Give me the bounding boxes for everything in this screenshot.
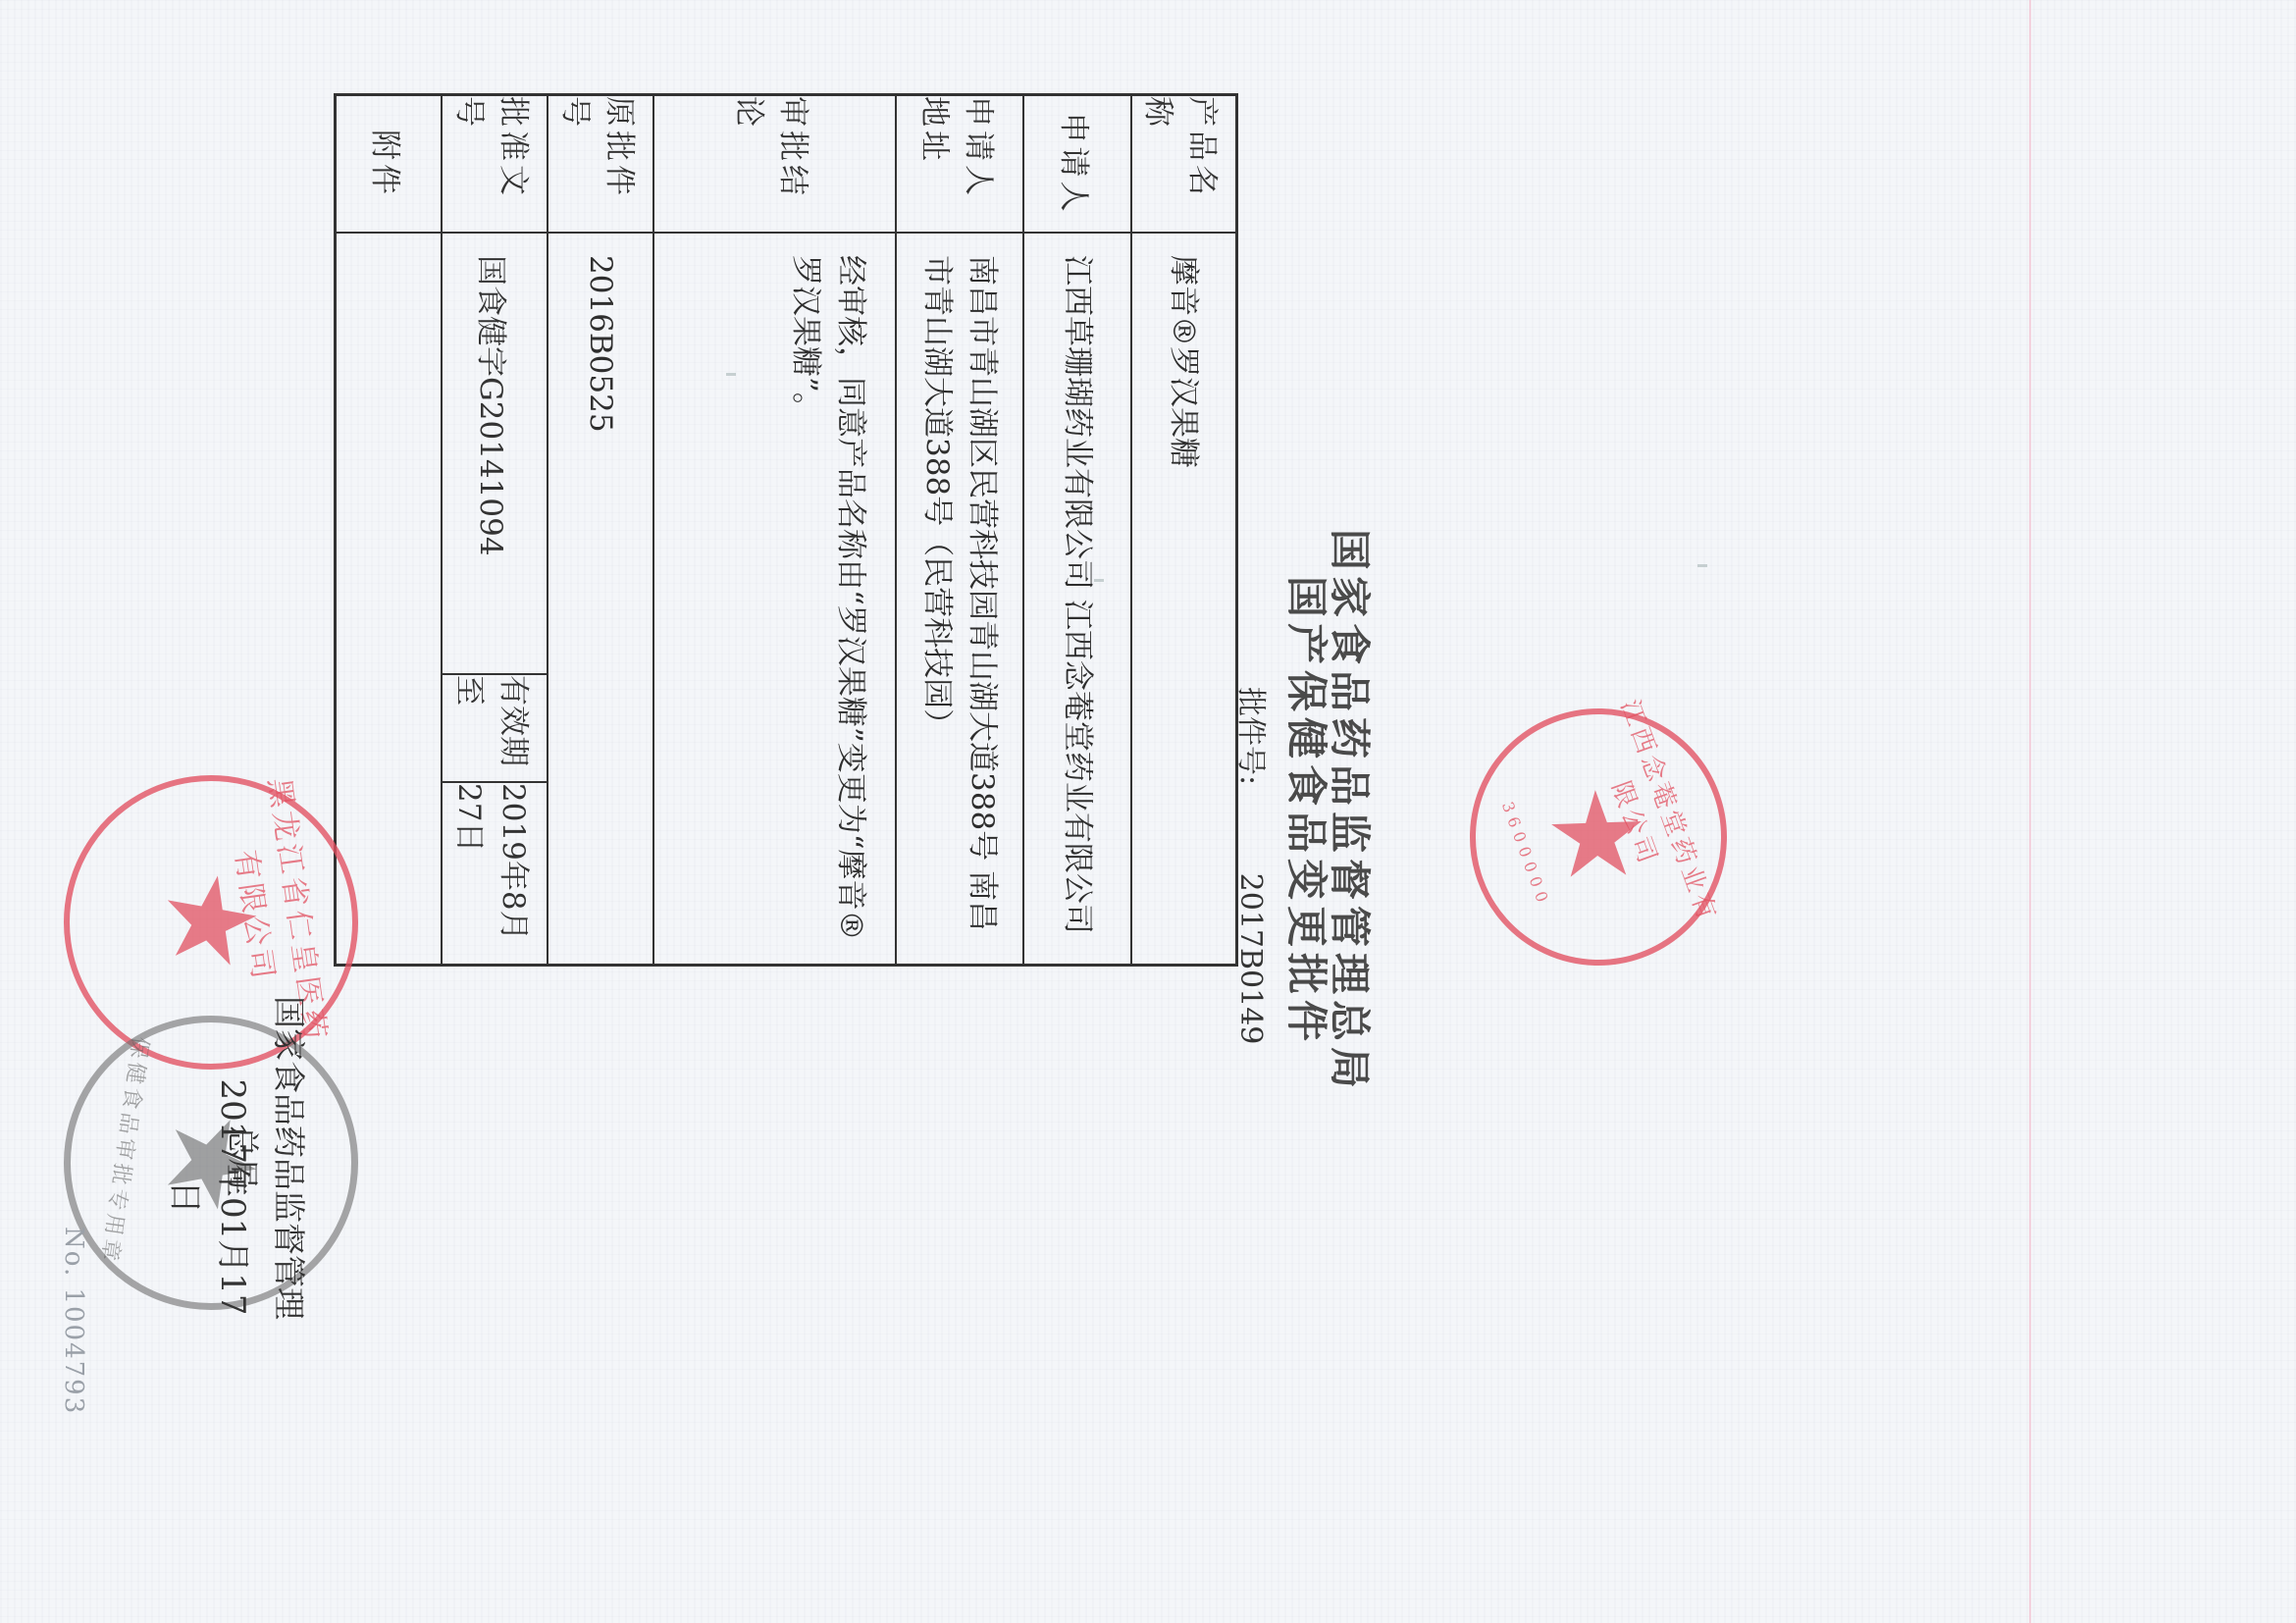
row-value: 摩音®罗汉果糖 xyxy=(1132,234,1235,964)
scan-artifact xyxy=(1094,579,1104,582)
approval-number-label: 批件号: xyxy=(1233,687,1268,785)
row-value xyxy=(337,234,441,964)
table-row-applicant: 申请人 江西草珊瑚药业有限公司 江西念菴堂药业有限公司 xyxy=(1022,96,1130,964)
document-page: 国家食品药品监督管理总局 国产保健食品变更批件 批件号: 2017B0149 产… xyxy=(0,0,2296,1623)
row-label: 批准文号 xyxy=(443,96,547,234)
approval-table: 产品名称 摩音®罗汉果糖 申请人 江西草珊瑚药业有限公司 江西念菴堂药业有限公司… xyxy=(334,93,1238,967)
row-value: 国食健字G20141094 xyxy=(443,234,547,673)
row-value: 经审核，同意产品名称由“罗汉果糖”变更为“摩音®罗汉果糖”。 xyxy=(654,234,895,964)
validity-label: 有效期至 xyxy=(443,673,547,783)
scan-artifact xyxy=(1697,564,1707,567)
document-title: 国产保健食品变更批件 xyxy=(1279,0,1338,1623)
table-row-conclusion: 审批结论 经审核，同意产品名称由“罗汉果糖”变更为“摩音®罗汉果糖”。 xyxy=(652,96,895,964)
approval-number-line: 批件号: 2017B0149 xyxy=(1232,687,1276,1044)
row-label: 产品名称 xyxy=(1132,96,1235,234)
table-row-approval-document-number: 批准文号 国食健字G20141094 有效期至 2019年8月27日 xyxy=(441,96,547,964)
agency-seal-date: 2017年01月17日 xyxy=(164,1070,260,1325)
row-label: 申请人 xyxy=(1024,96,1130,234)
row-label: 原批件号 xyxy=(548,96,652,234)
scan-artifact xyxy=(726,373,736,376)
table-row-original-number: 原批件号 2016B0525 xyxy=(547,96,652,964)
row-value: 2016B0525 xyxy=(548,234,652,964)
table-row-product-name: 产品名称 摩音®罗汉果糖 xyxy=(1130,96,1235,964)
scan-edge-line xyxy=(2029,0,2031,1623)
validity-value: 2019年8月27日 xyxy=(443,783,547,964)
row-label: 附件 xyxy=(337,96,441,234)
serial-number: No. 1004793 xyxy=(59,1227,88,1415)
company-seal-stamp: ★ 江西念菴堂药业有限公司 3600000 xyxy=(1434,672,1763,1002)
table-row-applicant-address: 申请人地址 南昌市青山湖区民营科技园青山湖大道388号 南昌市青山湖大道388号… xyxy=(895,96,1022,964)
row-label: 申请人地址 xyxy=(897,96,1022,234)
row-label: 审批结论 xyxy=(654,96,895,234)
table-row-attachment: 附件 xyxy=(337,96,441,964)
row-value: 南昌市青山湖区民营科技园青山湖大道388号 南昌市青山湖大道388号（民营科技园… xyxy=(897,234,1022,964)
row-value: 江西草珊瑚药业有限公司 江西念菴堂药业有限公司 xyxy=(1024,234,1130,964)
approval-number-value: 2017B0149 xyxy=(1233,873,1268,1045)
